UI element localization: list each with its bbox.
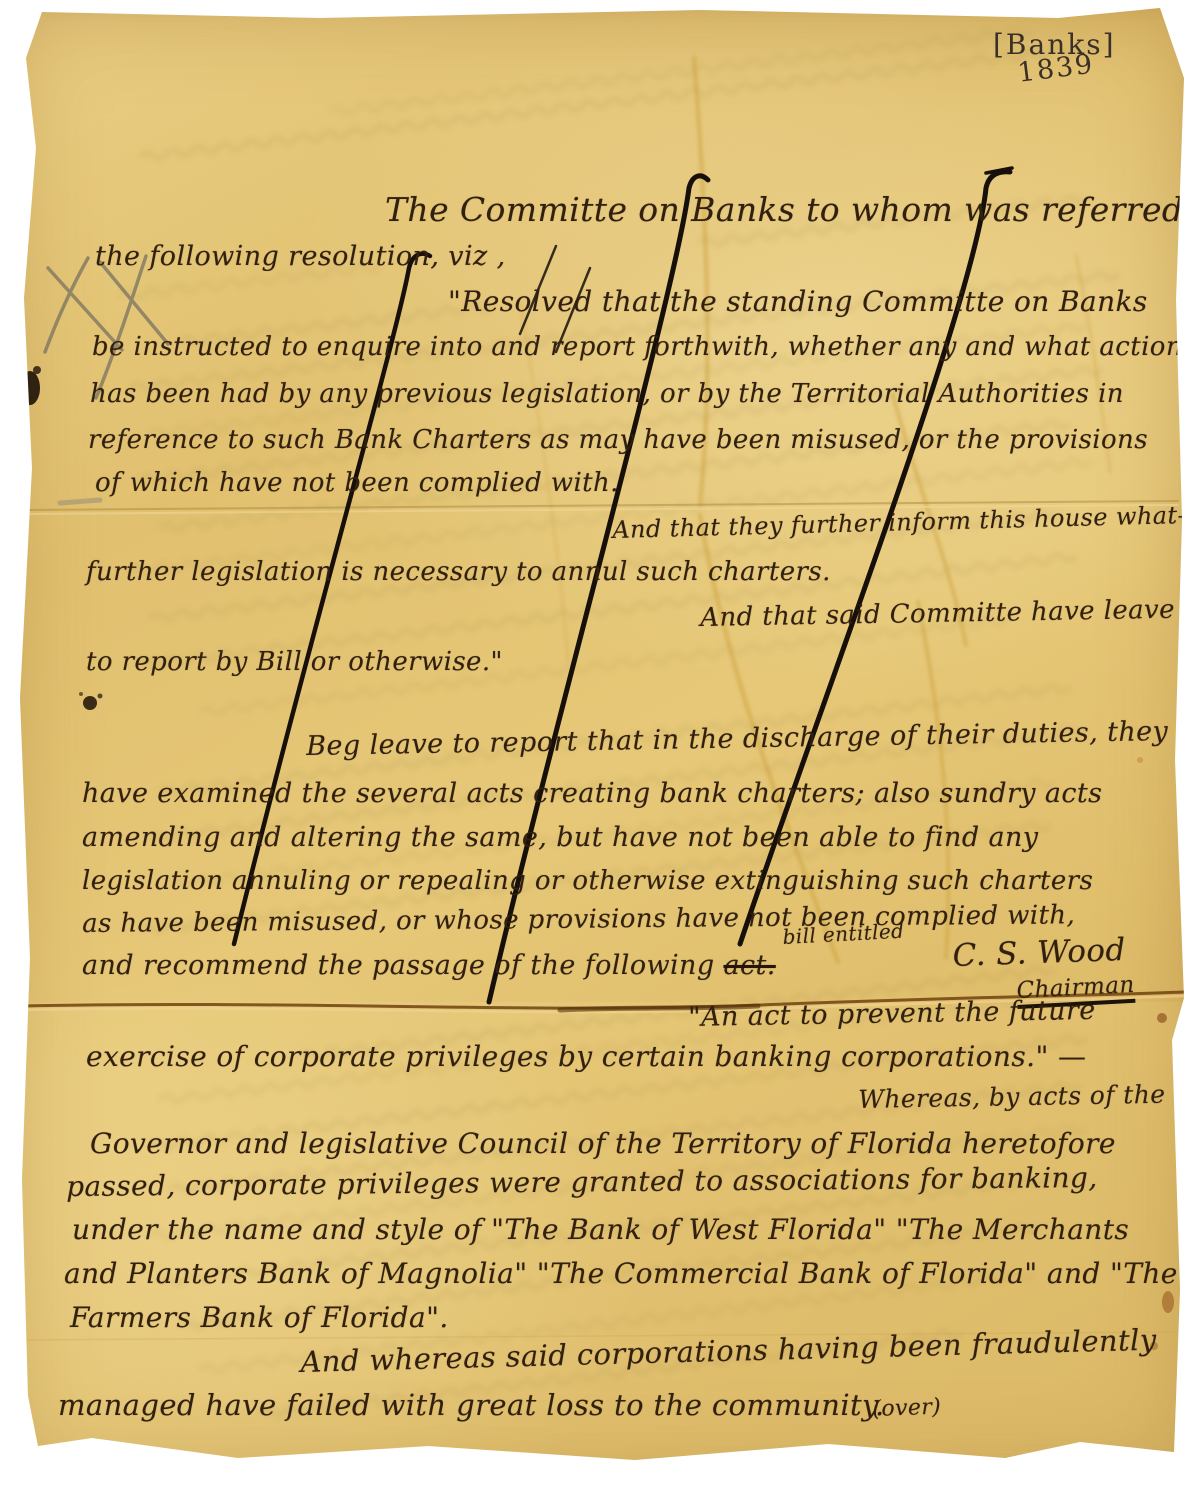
over-note: (over): [872, 1395, 942, 1422]
manuscript-line: be instructed to enquire into and report…: [92, 332, 1183, 362]
manuscript-line: And that said Committe have leave: [700, 595, 1175, 633]
manuscript-line: Whereas, by acts of the: [858, 1080, 1166, 1114]
manuscript-line: of which have not been complied with.: [95, 468, 619, 498]
manuscript-line: legislation annuling or repealing or oth…: [82, 866, 1093, 896]
manuscript-line: reference to such Bank Charters as may h…: [88, 425, 1148, 455]
manuscript-line: Beg leave to report that in the discharg…: [306, 716, 1168, 762]
manuscript-line: exercise of corporate privileges by cert…: [86, 1040, 1086, 1073]
manuscript-line: the following resolution, viz ,: [95, 241, 506, 272]
manuscript-line: "Resolved that the standing Committe on …: [448, 285, 1148, 318]
manuscript-line: further legislation is necessary to annu…: [86, 557, 831, 587]
manuscript-line: has been had by any previous legislation…: [90, 379, 1124, 409]
manuscript-line: amending and altering the same, but have…: [82, 822, 1038, 853]
struck-word-act: act.: [724, 950, 776, 981]
manuscript-line: Governor and legislative Council of the …: [90, 1127, 1116, 1160]
aged-paper: [Banks] 1839 The Committe on Banks to wh…: [0, 0, 1200, 1486]
manuscript-page: [Banks] 1839 The Committe on Banks to wh…: [0, 0, 1200, 1486]
manuscript-line: Farmers Bank of Florida".: [70, 1301, 449, 1334]
signature: C. S. Wood: [952, 932, 1126, 974]
recommend-text: and recommend the passage of the followi…: [82, 950, 715, 981]
manuscript-line: The Committe on Banks to whom was referr…: [385, 190, 1183, 229]
manuscript-line: and Planters Bank of Magnolia" "The Comm…: [64, 1257, 1178, 1290]
manuscript-line: to report by Bill or otherwise.": [86, 647, 503, 677]
pencil-x-marks: [45, 256, 168, 398]
manuscript-line: as have been misused, or whose provision…: [82, 900, 1075, 939]
recommend-line: and recommend the passage of the followi…: [82, 950, 776, 981]
manuscript-line: have examined the several acts creating …: [82, 778, 1102, 809]
manuscript-line: And that they further inform this house …: [612, 501, 1200, 544]
insertion-bill-entitled: bill entitled: [782, 919, 905, 949]
manuscript-line: managed have failed with great loss to t…: [58, 1388, 885, 1422]
manuscript-line: under the name and style of "The Bank of…: [72, 1213, 1129, 1246]
